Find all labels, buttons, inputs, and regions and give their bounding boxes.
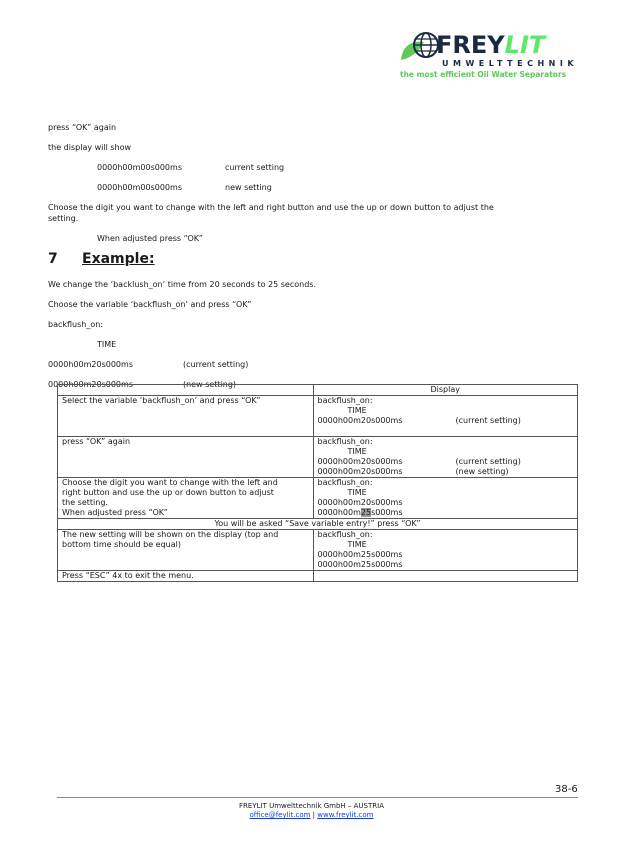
display-time-label: TIME: [318, 447, 574, 457]
display-time-label: TIME: [318, 488, 574, 498]
step-text: right button and use the up or down butt…: [62, 488, 309, 498]
brand-subtitle: UMWELTTECHNIK: [442, 59, 578, 68]
display-line: 0000h00m20s000ms(new setting): [318, 467, 574, 477]
display-time: 0000h00m25s000ms: [318, 560, 574, 570]
step-text: Choose the digit you want to change with…: [62, 478, 309, 488]
time-suffix: s000ms: [371, 508, 402, 517]
display-time: 0000h00m20s000ms: [318, 467, 414, 477]
save-prompt-cell: You will be asked “Save variable entry!”…: [58, 519, 578, 530]
display-cell: backflush_on: TIME 0000h00m25s000ms 0000…: [313, 530, 578, 571]
display-cell: backflush_on: TIME 0000h00m20s000ms 0000…: [313, 478, 578, 519]
footer-divider: [57, 797, 578, 798]
display-cell: backflush_on: TIME 0000h00m20s000ms(curr…: [313, 437, 578, 478]
display-time-edited: 0000h00m25s000ms: [318, 508, 574, 518]
display-label: (new setting): [456, 467, 509, 477]
table-row: press “OK” again backflush_on: TIME 0000…: [58, 437, 578, 478]
step-cell: Press “ESC” 4x to exit the menu.: [58, 571, 314, 582]
table-row: Select the variable ‘backflush_on’ and p…: [58, 396, 578, 437]
step-cell: Select the variable ‘backflush_on’ and p…: [58, 396, 314, 437]
display-label-current: current setting: [225, 163, 284, 173]
display-var: backflush_on:: [318, 437, 574, 447]
table-header-row: Display: [58, 385, 578, 396]
instruction-text: Choose the digit you want to change with…: [48, 203, 494, 213]
company-logo: FREYLIT UMWELTTECHNIK the most efficient…: [398, 30, 578, 102]
display-label: (current setting): [456, 457, 521, 467]
brand-tagline: the most efficient Oil Water Separators: [400, 70, 566, 79]
example-line-1: We change the ‘backlush_on’ time from 20…: [48, 280, 316, 290]
brand-lit: LIT: [505, 31, 546, 59]
when-adjusted-text: When adjusted press “OK”: [97, 234, 203, 244]
table-row: The new setting will be shown on the dis…: [58, 530, 578, 571]
table-header-step: [58, 385, 314, 396]
display-time-label: TIME: [318, 406, 574, 416]
display-label-new: new setting: [225, 183, 272, 193]
intro-line-2: the display will show: [48, 143, 131, 153]
footer-links: office@feylit.com | www.freylit.com: [0, 810, 623, 820]
step-text: the setting.: [62, 498, 309, 508]
display-line: 0000h00m20s000ms(current setting): [318, 416, 574, 426]
display-line: 0000h00m20s000ms(current setting): [318, 457, 574, 467]
step-text: The new setting will be shown on the dis…: [62, 530, 309, 540]
step-text: When adjusted press “OK”: [62, 508, 309, 518]
example-line-2: Choose the variable ‘backflush_on’ and p…: [48, 300, 251, 310]
display-var: backflush_on:: [318, 396, 574, 406]
display-cell: backflush_on: TIME 0000h00m20s000ms(curr…: [313, 396, 578, 437]
step-text: bottom time should be equal): [62, 540, 309, 550]
table-row-merged: You will be asked “Save variable entry!”…: [58, 519, 578, 530]
step-cell: Choose the digit you want to change with…: [58, 478, 314, 519]
brand-frey: FREY: [436, 31, 505, 59]
time-prefix: 0000h00m: [318, 508, 361, 517]
display-var: backflush_on:: [318, 478, 574, 488]
example-time-label: TIME: [97, 340, 116, 350]
example-time-current: 0000h00m20s000ms: [48, 360, 133, 370]
example-label-current: (current setting): [183, 360, 248, 370]
brand-name: FREYLIT: [436, 32, 545, 58]
display-time-label: TIME: [318, 540, 574, 550]
example-var-label: backflush_on:: [48, 320, 103, 330]
table-row: Press “ESC” 4x to exit the menu.: [58, 571, 578, 582]
display-time: 0000h00m20s000ms: [318, 498, 574, 508]
step-text: Select the variable ‘backflush_on’ and p…: [62, 396, 261, 405]
intro-line-1: press “OK” again: [48, 123, 116, 133]
display-time-new: 0000h00m00s000ms: [97, 183, 182, 193]
display-time: 0000h00m25s000ms: [318, 550, 574, 560]
display-cell: [313, 571, 578, 582]
example-steps-table: Display Select the variable ‘backflush_o…: [57, 384, 578, 582]
step-text: press “OK” again: [62, 437, 130, 446]
instruction-text-cont: setting.: [48, 214, 78, 224]
step-text: Press “ESC” 4x to exit the menu.: [62, 571, 194, 580]
highlighted-digits: 25: [361, 508, 371, 517]
step-cell: The new setting will be shown on the dis…: [58, 530, 314, 571]
table-row: Choose the digit you want to change with…: [58, 478, 578, 519]
display-time: 0000h00m20s000ms: [318, 416, 414, 426]
display-var: backflush_on:: [318, 530, 574, 540]
display-time: 0000h00m20s000ms: [318, 457, 414, 467]
page-number: 38-6: [555, 785, 578, 795]
section-title: Example:: [82, 254, 155, 264]
display-time-current: 0000h00m00s000ms: [97, 163, 182, 173]
table-header-display: Display: [313, 385, 578, 396]
display-label: (current setting): [456, 416, 521, 426]
step-cell: press “OK” again: [58, 437, 314, 478]
website-link[interactable]: www.freylit.com: [317, 811, 373, 819]
section-number: 7: [48, 254, 58, 264]
email-link[interactable]: office@feylit.com: [250, 811, 311, 819]
